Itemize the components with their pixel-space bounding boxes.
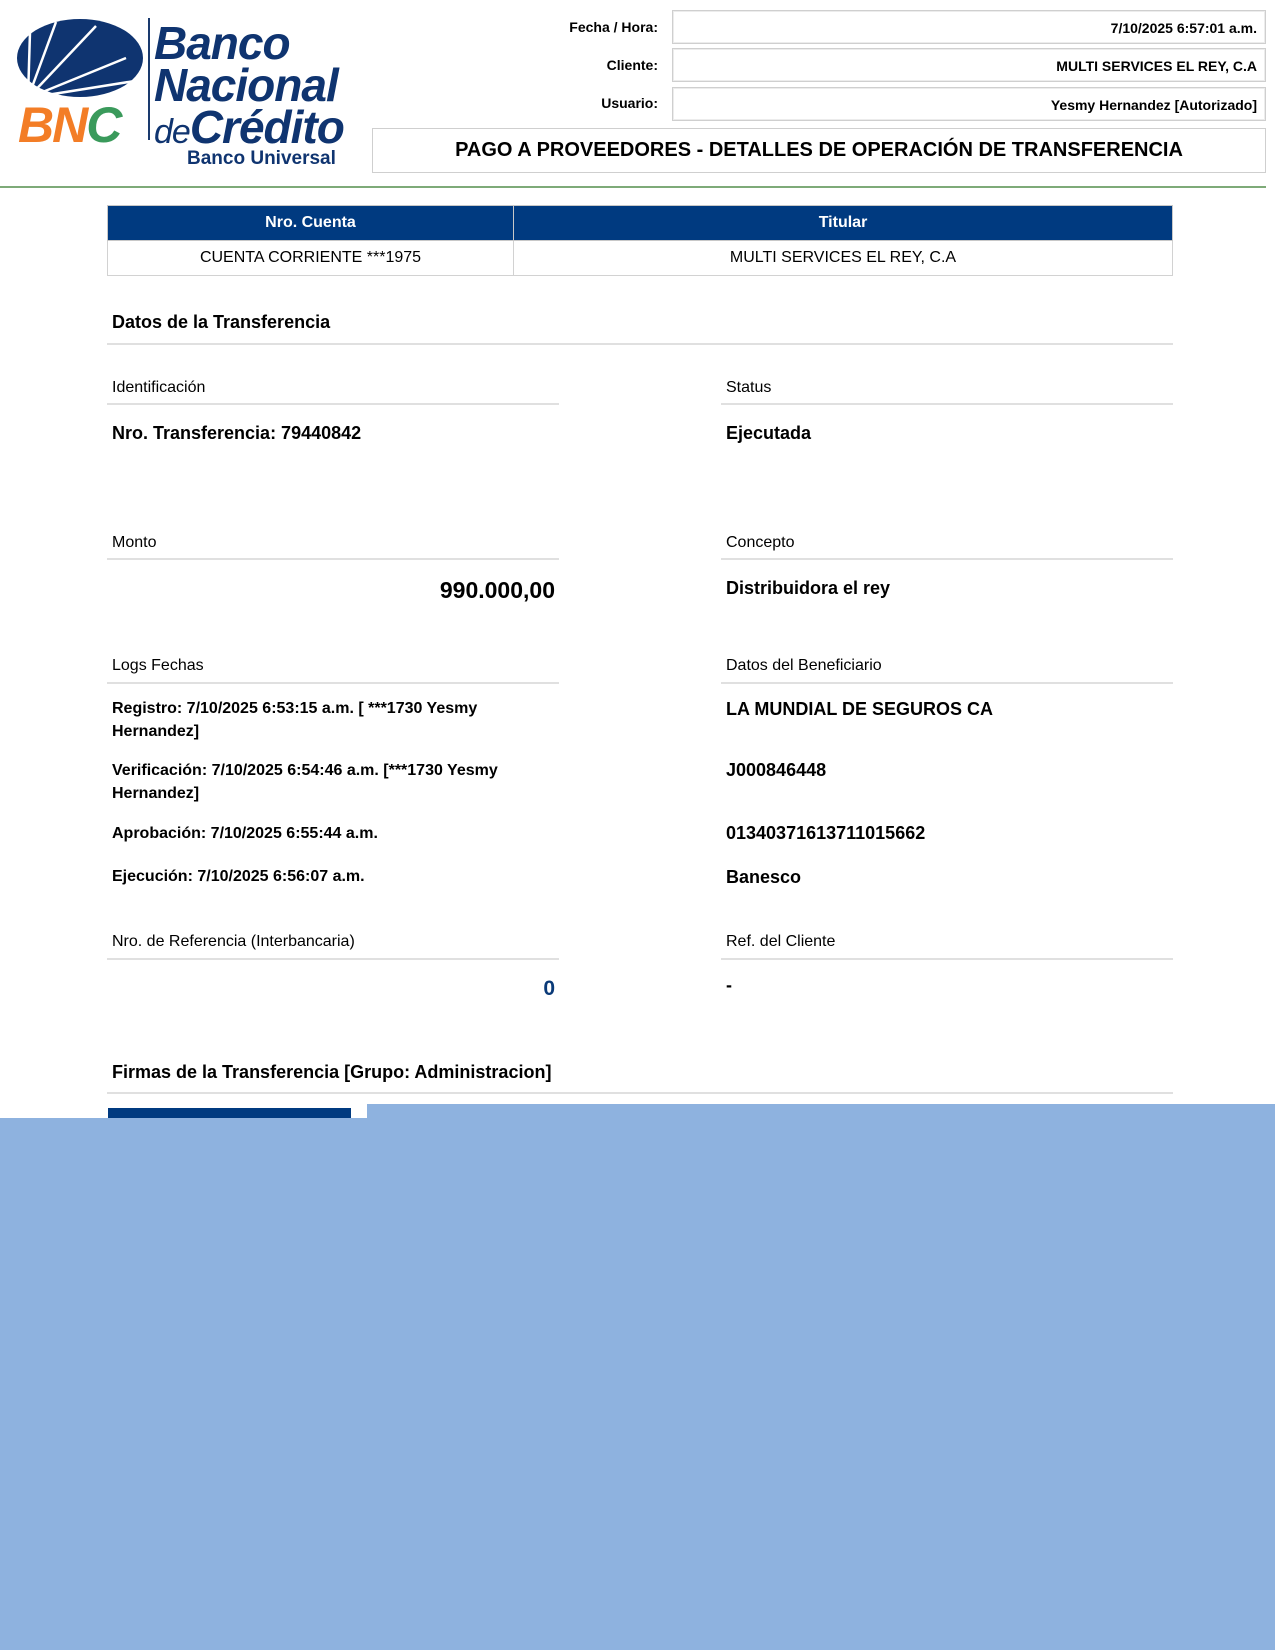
monto-value: 990.000,00 [107, 577, 555, 604]
log-aprobacion: Aprobación: 7/10/2025 6:55:44 a.m. [112, 822, 542, 845]
logo-ellipse-icon [16, 18, 144, 100]
logo-tagline: Banco Universal [187, 148, 336, 170]
beneficiario-account: 01340371613711015662 [726, 823, 925, 844]
page-title: PAGO A PROVEEDORES - DETALLES DE OPERACI… [372, 128, 1266, 173]
signatures-section-title: Firmas de la Transferencia [Grupo: Admin… [112, 1062, 551, 1083]
concepto-label: Concepto [726, 534, 795, 552]
log-registro: Registro: 7/10/2025 6:53:15 a.m. [ ***17… [112, 697, 542, 743]
cliente-value: MULTI SERVICES EL REY, C.A [672, 48, 1266, 82]
field-divider [107, 958, 559, 960]
log-ejecucion: Ejecución: 7/10/2025 6:56:07 a.m. [112, 865, 542, 888]
cliente-label: Cliente: [538, 57, 658, 73]
monto-label: Monto [112, 534, 156, 552]
log-verificacion: Verificación: 7/10/2025 6:54:46 a.m. [**… [112, 759, 542, 805]
beneficiario-bank: Banesco [726, 867, 801, 888]
table-row: CUENTA CORRIENTE ***1975 MULTI SERVICES … [108, 241, 1173, 276]
logs-label: Logs Fechas [112, 657, 204, 675]
column-header-titular: Titular [514, 206, 1173, 241]
ref-cliente-value: - [726, 975, 732, 996]
account-table: Nro. Cuenta Titular CUENTA CORRIENTE ***… [107, 205, 1173, 276]
ref-cliente-label: Ref. del Cliente [726, 933, 835, 951]
bnc-mark: BNC [18, 96, 120, 154]
page-overlay [0, 1118, 1275, 1650]
identificacion-value: Nro. Transferencia: 79440842 [112, 423, 361, 444]
field-divider [107, 558, 559, 560]
bank-logo: BNC Banco Nacional deCrédito Banco Unive… [14, 14, 354, 174]
logo-credito: deCrédito [154, 100, 344, 154]
concepto-value: Distribuidora el rey [726, 578, 890, 599]
field-divider [721, 403, 1173, 405]
referencia-value: 0 [107, 977, 555, 1001]
beneficiario-label: Datos del Beneficiario [726, 657, 882, 675]
cell-titular: MULTI SERVICES EL REY, C.A [514, 241, 1173, 276]
header-divider [0, 186, 1266, 188]
field-divider [721, 958, 1173, 960]
field-divider [721, 558, 1173, 560]
field-divider [721, 682, 1173, 684]
field-divider [107, 403, 559, 405]
status-label: Status [726, 379, 771, 397]
identificacion-label: Identificación [112, 379, 205, 397]
cell-cuenta: CUENTA CORRIENTE ***1975 [108, 241, 514, 276]
fecha-label: Fecha / Hora: [538, 19, 658, 35]
section-divider [107, 343, 1173, 345]
referencia-label: Nro. de Referencia (Interbancaria) [112, 933, 355, 951]
transfer-section-title: Datos de la Transferencia [112, 312, 330, 333]
beneficiario-name: LA MUNDIAL DE SEGUROS CA [726, 699, 993, 720]
status-value: Ejecutada [726, 423, 811, 444]
field-divider [107, 682, 559, 684]
section-divider [107, 1092, 1173, 1094]
usuario-label: Usuario: [538, 95, 658, 111]
usuario-value: Yesmy Hernandez [Autorizado] [672, 87, 1266, 121]
logo-divider [148, 18, 150, 140]
beneficiario-rif: J000846448 [726, 760, 826, 781]
fecha-value: 7/10/2025 6:57:01 a.m. [672, 10, 1266, 44]
column-header-cuenta: Nro. Cuenta [108, 206, 514, 241]
